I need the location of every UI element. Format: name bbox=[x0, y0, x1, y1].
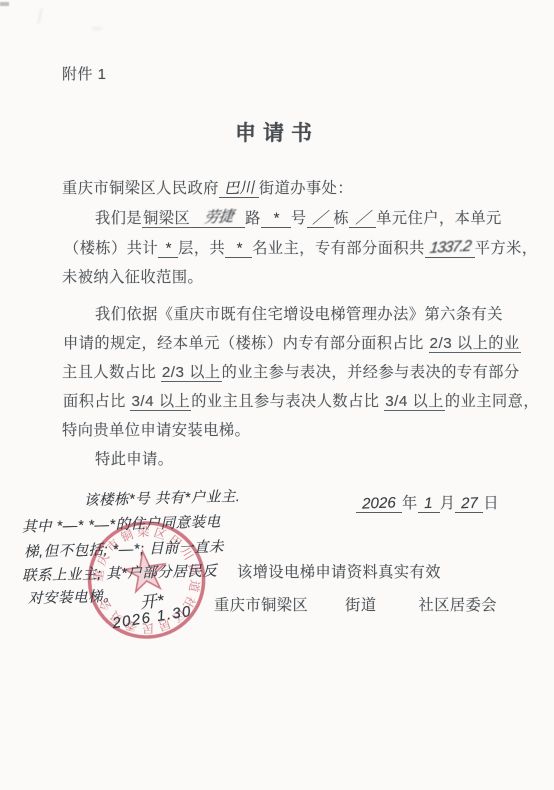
endorsement-district: 重庆市铜梁区 bbox=[214, 597, 308, 614]
para2-text: 的业主参与表决，并经参与表决的专有部分 bbox=[222, 364, 520, 381]
handwritten-note-line: 对安装电梯。 bbox=[28, 585, 119, 608]
para2-text: 主且人数占比 bbox=[62, 364, 161, 381]
salutation-prefix: 重庆市铜梁区人民政府 bbox=[62, 180, 219, 197]
street-name-handwritten: 巴川 bbox=[223, 178, 254, 198]
para2-text: 的业主且参与表决人数占比 bbox=[191, 393, 384, 410]
para1-text: 名业主，专有部分面积共 bbox=[252, 240, 425, 257]
month-label: 月 bbox=[440, 495, 456, 512]
para2-text: 申请的规定，经本单元（楼栋）内专有部分面积占比 bbox=[63, 335, 429, 352]
fraction-two-thirds-underlined: 2/3 以上的业 bbox=[429, 335, 521, 353]
day-label: 日 bbox=[483, 495, 499, 512]
fraction-two-thirds-underlined: 2/3 以上 bbox=[161, 364, 222, 382]
application-date: 2026年1月27日 bbox=[356, 492, 499, 513]
attachment-label: 附件 1 bbox=[62, 63, 107, 84]
para1-line2: （楼栋）共计*层，共*名业主，专有部分面积共1337.2平方米， bbox=[64, 237, 538, 258]
road-name-handwritten: 劳捷 bbox=[203, 207, 234, 227]
para1-text: 层，共 bbox=[178, 240, 225, 257]
scan-artifact bbox=[92, 27, 102, 30]
para2-text: 面积占比 bbox=[63, 393, 130, 410]
building-handwritten: ／ bbox=[312, 209, 328, 229]
para1-text: 我们是 bbox=[95, 210, 142, 227]
endorsement-signline: 重庆市铜梁区街道社区居委会 bbox=[214, 594, 497, 615]
house-number-blank: * bbox=[261, 208, 291, 228]
house-number-handwritten: * bbox=[273, 209, 280, 228]
area-handwritten: 1337.2 bbox=[428, 237, 471, 258]
floors-blank: * bbox=[158, 238, 178, 258]
scanned-application-document: 附件 1 申请书 重庆市铜梁区人民政府巴川街道办事处： 我们是铜梁区劳捷路*号／… bbox=[0, 0, 554, 790]
para1-text: 栋 bbox=[334, 210, 350, 227]
endorsement-street-label: 街道 bbox=[345, 597, 376, 614]
endorsement-statement: 该增设电梯申请资料真实有效 bbox=[237, 561, 441, 582]
para1-line1: 我们是铜梁区劳捷路*号／栋／单元住户，本单元 bbox=[95, 207, 502, 228]
para1-text: （楼栋）共计 bbox=[64, 240, 158, 257]
document-title: 申请书 bbox=[0, 117, 554, 147]
fraction-three-quarters-underlined: 3/4 以上 bbox=[384, 393, 445, 411]
unit-handwritten: ／ bbox=[355, 209, 371, 229]
para2-line3: 主且人数占比 2/3 以上的业主参与表决，并经参与表决的专有部分 bbox=[62, 361, 520, 382]
building-blank: ／ bbox=[307, 208, 334, 228]
handwritten-note-line: 该楼栋*号 共有*户业主. bbox=[84, 485, 241, 510]
para1-text: 单元住户，本单元 bbox=[376, 210, 502, 227]
month-blank: 1 bbox=[418, 493, 440, 513]
para2-line5: 特向贵单位申请安装电梯。 bbox=[62, 419, 250, 440]
district-underlined: 铜梁区 bbox=[142, 210, 191, 228]
year-label: 年 bbox=[402, 495, 418, 512]
scan-artifact bbox=[37, 8, 42, 24]
para2-text: 的业主同意， bbox=[445, 393, 539, 410]
para1-text: 平方米， bbox=[475, 240, 538, 257]
salutation-suffix: 街道办事处： bbox=[259, 180, 353, 197]
day-handwritten: 27 bbox=[461, 494, 479, 514]
fraction-three-quarters-underlined: 3/4 以上 bbox=[130, 393, 191, 411]
closing-phrase: 特此申请。 bbox=[95, 448, 173, 469]
para2-line4: 面积占比 3/4 以上的业主且参与表决人数占比 3/4 以上的业主同意， bbox=[63, 390, 539, 411]
road-name-blank: 劳捷 bbox=[191, 208, 245, 228]
endorsement-committee: 社区居委会 bbox=[419, 597, 497, 614]
para1-text: 号 bbox=[291, 210, 307, 227]
street-name-blank: 巴川 bbox=[219, 178, 259, 198]
scan-artifact bbox=[0, 2, 9, 6]
year-handwritten: 2026 bbox=[362, 493, 396, 513]
owners-count-handwritten: * bbox=[235, 239, 242, 258]
owners-count-blank: * bbox=[225, 238, 252, 258]
day-blank: 27 bbox=[455, 493, 483, 513]
year-blank: 2026 bbox=[356, 493, 402, 513]
unit-blank: ／ bbox=[349, 208, 376, 228]
para2-line1: 我们依据《重庆市既有住宅增设电梯管理办法》第六条有关 bbox=[95, 303, 503, 324]
month-handwritten: 1 bbox=[424, 494, 433, 513]
salutation: 重庆市铜梁区人民政府巴川街道办事处： bbox=[62, 177, 353, 198]
para1-line3: 未被纳入征收范围。 bbox=[62, 266, 203, 287]
floors-handwritten: * bbox=[165, 239, 172, 258]
area-blank: 1337.2 bbox=[425, 238, 475, 258]
para2-line2: 申请的规定，经本单元（楼栋）内专有部分面积占比 2/3 以上的业 bbox=[63, 332, 521, 353]
para1-text: 路 bbox=[245, 210, 261, 227]
